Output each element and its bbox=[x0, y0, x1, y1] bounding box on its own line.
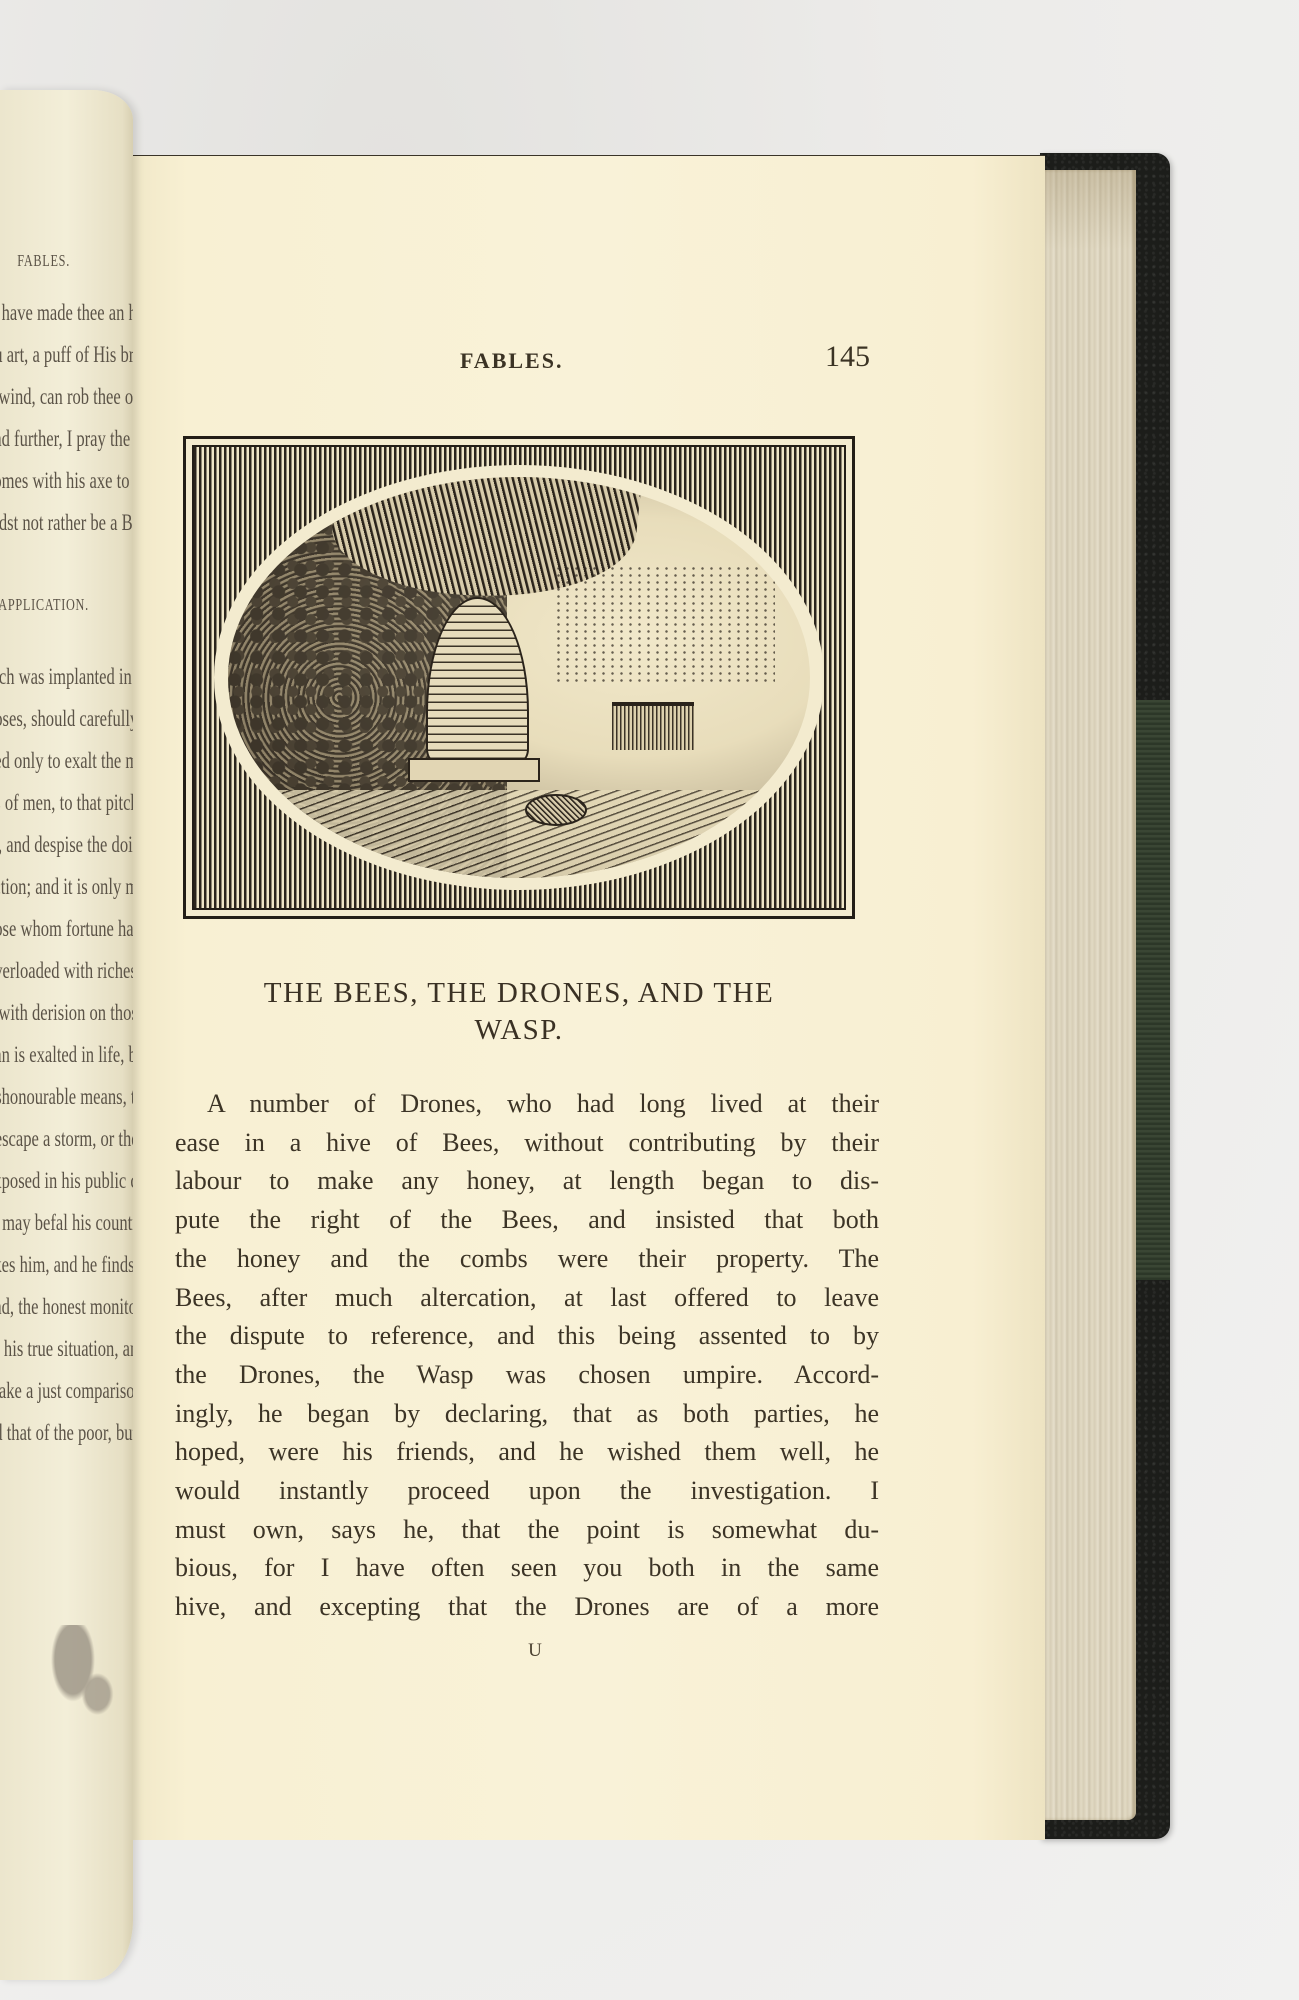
left-line: make a just comparison b bbox=[0, 1370, 101, 1412]
left-running-title: FABLES. bbox=[0, 240, 101, 282]
left-line: hose whom fortune has p bbox=[0, 908, 101, 950]
left-line: poses, should carefully b bbox=[0, 698, 101, 740]
page-number: 145 bbox=[825, 340, 870, 374]
left-line: and further, I pray the bbox=[0, 418, 101, 460]
left-line: ou art, a puff of His br bbox=[0, 334, 101, 376]
left-line: nd that of the poor, but bbox=[0, 1412, 101, 1454]
left-line: at, and despise the doing bbox=[0, 824, 101, 866]
body-line: bious, for I have often seen you both in… bbox=[175, 1549, 879, 1588]
body-line: hive, and excepting that the Drones are … bbox=[175, 1588, 879, 1627]
left-line: akes him, and he finds th bbox=[0, 1244, 101, 1286]
hive-stand-illustration bbox=[408, 758, 540, 782]
body-line: A number of Drones, who had long lived a… bbox=[175, 1085, 879, 1124]
left-line: lishonourable means, the bbox=[0, 1076, 101, 1118]
left-line: uldst not rather be a Br bbox=[0, 502, 101, 544]
left-line: of his true situation, and bbox=[0, 1328, 101, 1370]
engraving-scene bbox=[228, 477, 810, 878]
ribbon-bookmark bbox=[1136, 700, 1170, 1280]
ground-illustration bbox=[228, 790, 810, 878]
left-line: e, have made thee an h bbox=[0, 292, 101, 334]
left-line: at may befal his country, bbox=[0, 1202, 101, 1244]
left-line: exposed in his public c bbox=[0, 1160, 101, 1202]
left-line: action; and it is only m bbox=[0, 866, 101, 908]
left-line: ded only to exalt the m bbox=[0, 740, 101, 782]
story-body: A number of Drones, who had long lived a… bbox=[175, 1085, 879, 1627]
left-line: n with derision on those bbox=[0, 992, 101, 1034]
body-line: pute the right of the Bees, and insisted… bbox=[175, 1201, 879, 1240]
body-line: the honey and the combs were their prope… bbox=[175, 1240, 879, 1279]
cottage-illustration bbox=[612, 702, 693, 750]
basket-illustration bbox=[525, 794, 587, 826]
left-page-text: FABLES. e, have made thee an h ou art, a… bbox=[0, 90, 101, 1454]
left-page-curled: FABLES. e, have made thee an h ou art, a… bbox=[0, 90, 133, 1980]
body-line: the Drones, the Wasp was chosen umpire. … bbox=[175, 1356, 879, 1395]
tailpiece-ornament-icon bbox=[45, 1625, 115, 1740]
page-edges bbox=[1040, 170, 1136, 1820]
body-line: Bees, after much altercation, at last of… bbox=[175, 1279, 879, 1318]
left-line: overloaded with riches, a bbox=[0, 950, 101, 992]
left-line: ns of men, to that pitch bbox=[0, 782, 101, 824]
left-line: nan is exalted in life, but bbox=[0, 1034, 101, 1076]
body-line: ingly, he began by declaring, that as bo… bbox=[175, 1395, 879, 1434]
body-line: would instantly proceed upon the investi… bbox=[175, 1472, 879, 1511]
left-line: comes with his axe to f bbox=[0, 460, 101, 502]
left-line: l escape a storm, or the bbox=[0, 1118, 101, 1160]
bee-swarm-illustration bbox=[554, 565, 775, 685]
body-line: ease in a hive of Bees, without contribu… bbox=[175, 1124, 879, 1163]
engraving-hatched-border bbox=[192, 445, 846, 910]
left-line: h wind, can rob thee of bbox=[0, 376, 101, 418]
body-line: hoped, were his friends, and he wished t… bbox=[175, 1433, 879, 1472]
left-line: and, the honest monitor bbox=[0, 1286, 101, 1328]
body-line: the dispute to reference, and this being… bbox=[175, 1317, 879, 1356]
story-title-line: WASP. bbox=[183, 1012, 855, 1049]
story-title-line: THE BEES, THE DRONES, AND THE bbox=[183, 975, 855, 1012]
beehive-engraving bbox=[183, 436, 855, 919]
running-head: FABLES. 145 bbox=[460, 340, 870, 380]
running-title: FABLES. bbox=[460, 348, 563, 374]
body-line: must own, says he, that the point is som… bbox=[175, 1511, 879, 1550]
body-line: labour to make any honey, at length bega… bbox=[175, 1162, 879, 1201]
left-section-heading: APPLICATION. bbox=[0, 584, 101, 626]
story-title: THE BEES, THE DRONES, AND THE WASP. bbox=[183, 975, 855, 1049]
left-line: hich was implanted in t bbox=[0, 656, 101, 698]
signature-mark: U bbox=[515, 1640, 555, 1662]
